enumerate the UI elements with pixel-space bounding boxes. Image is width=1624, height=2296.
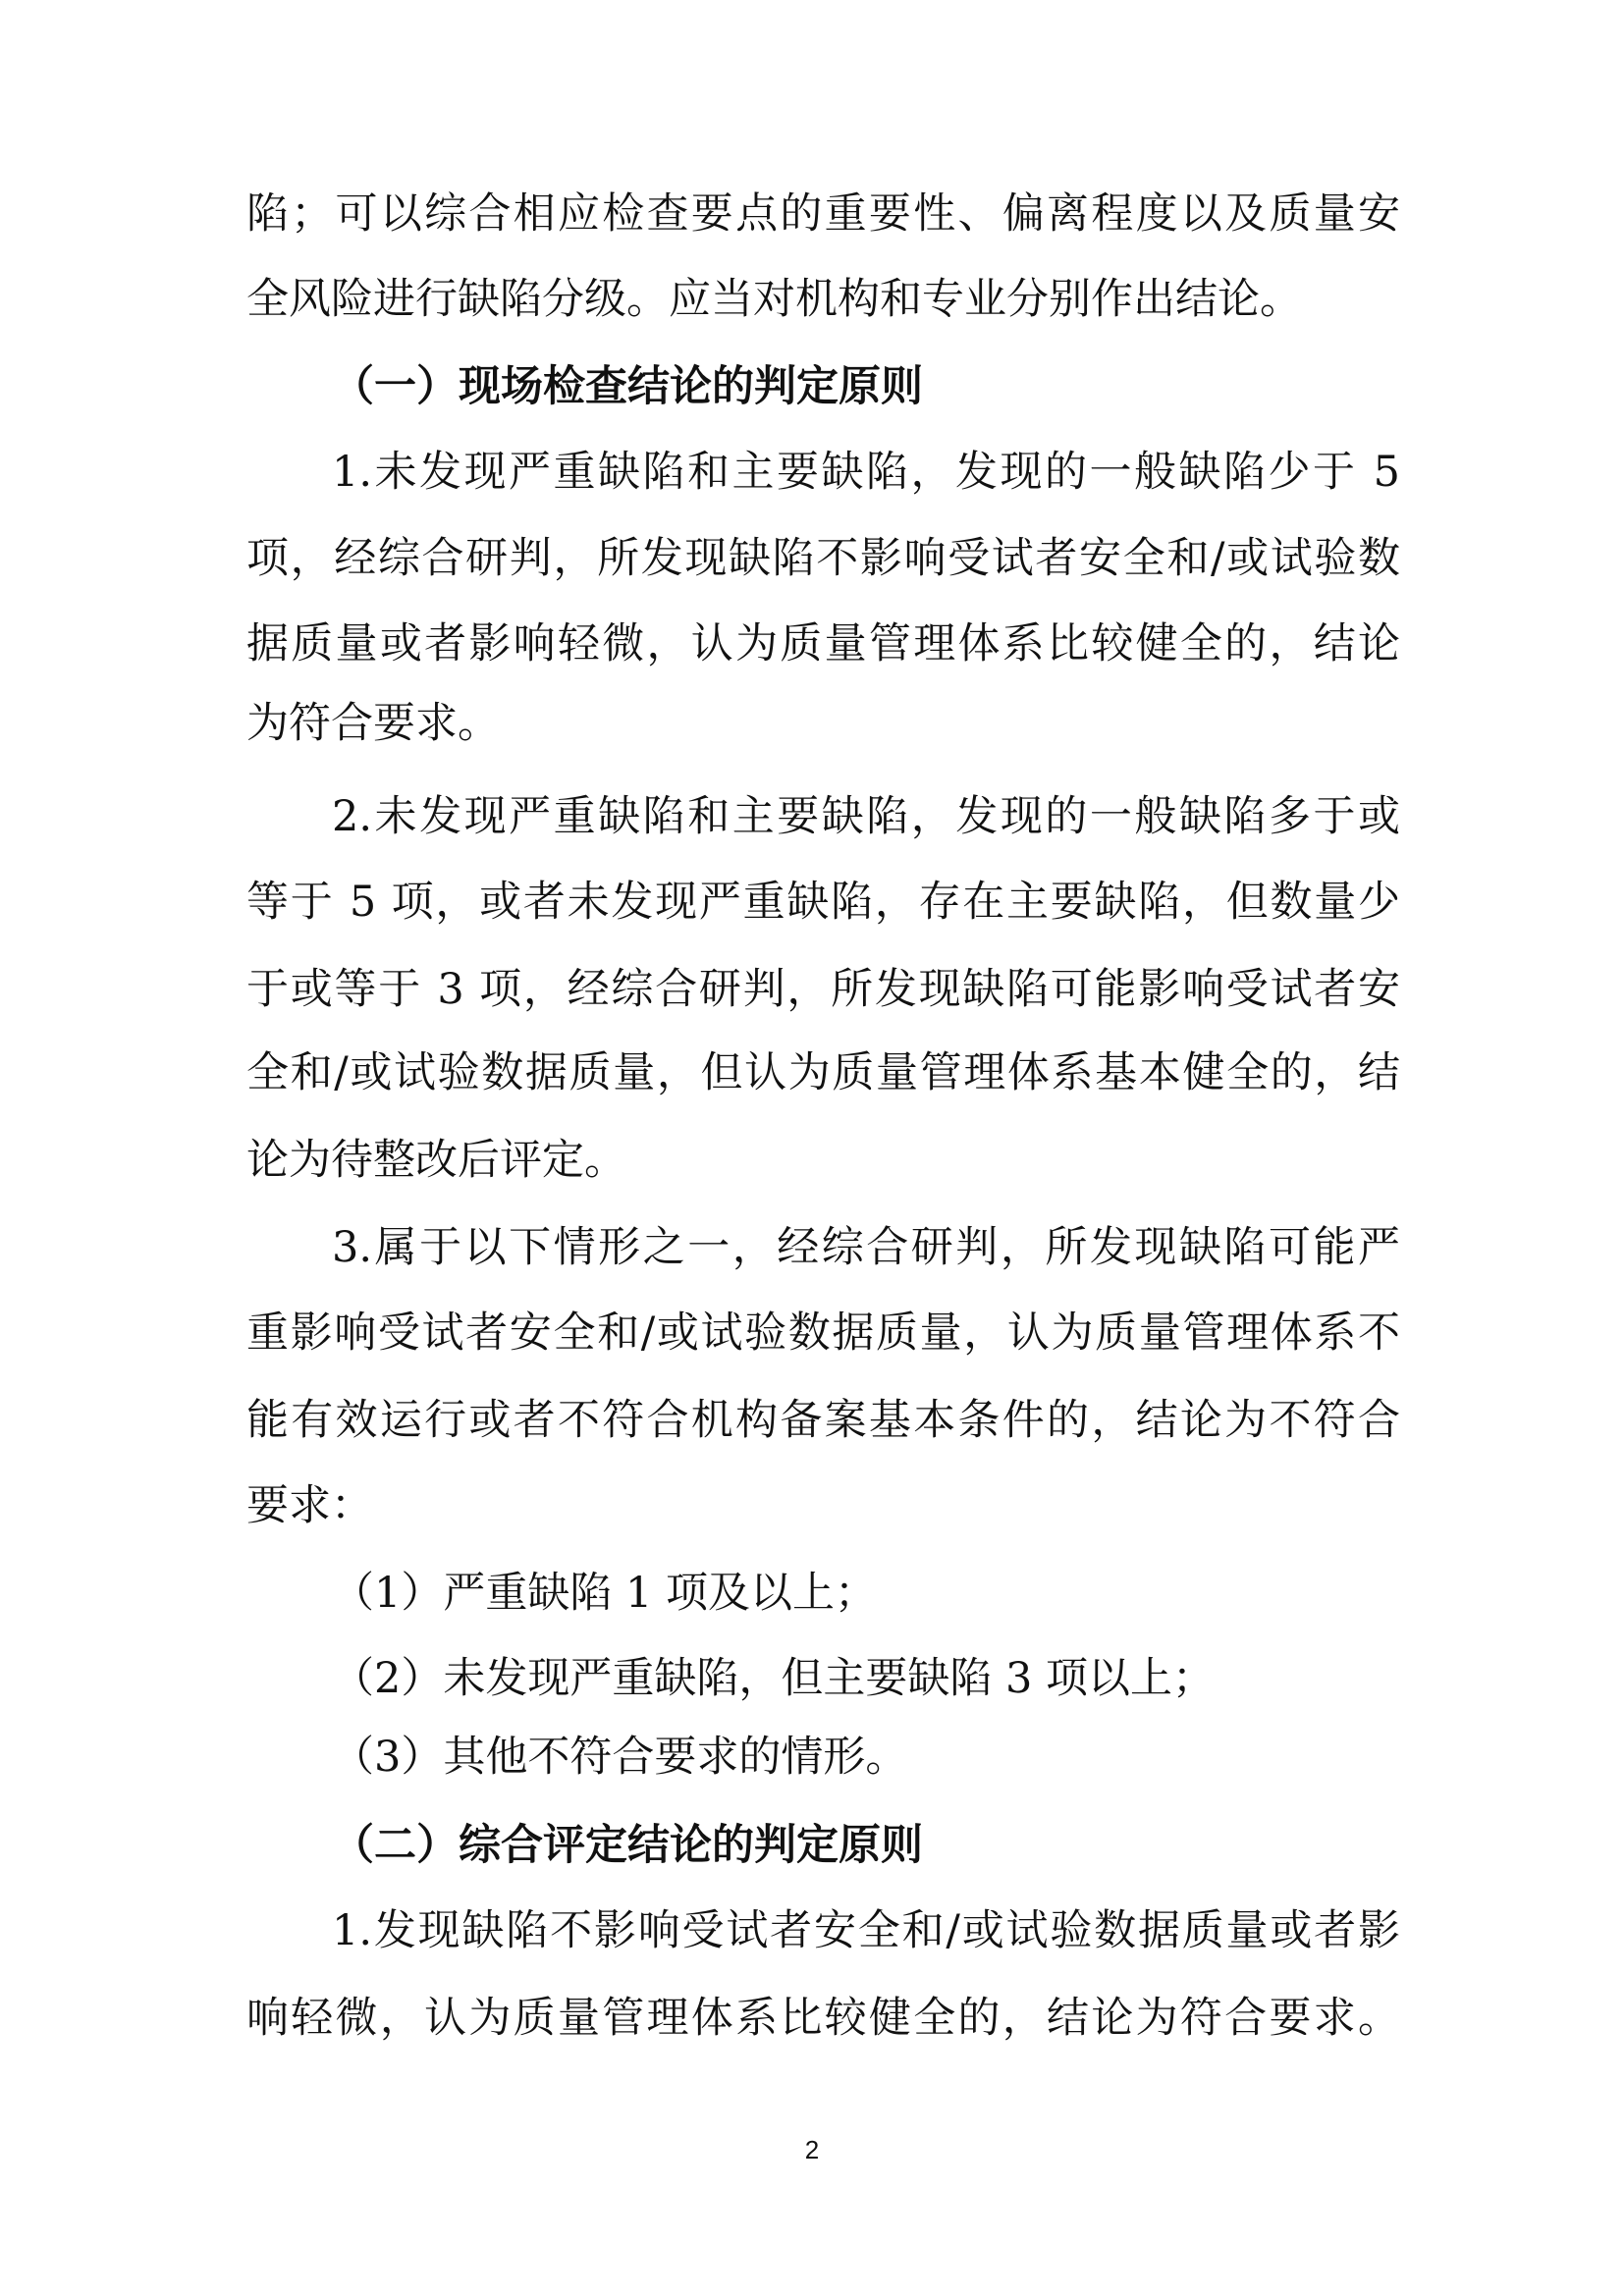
list-item: （2）未发现严重缺陷，但主要缺陷 3 项以上；	[332, 1649, 1486, 1708]
body-line: 要求：	[246, 1476, 1400, 1535]
body-line: 全风险进行缺陷分级。应当对机构和专业分别作出结论。	[246, 270, 1400, 329]
body-line: 能有效运行或者不符合机构备案基本条件的，结论为不符合	[246, 1391, 1400, 1450]
section-heading-2: （二）综合评定结论的判定原则	[332, 1816, 1486, 1875]
body-line: 项，经综合研判，所发现缺陷不影响受试者安全和/或试验数	[246, 529, 1400, 588]
paragraph-start: 3.属于以下情形之一，经综合研判，所发现缺陷可能严	[332, 1218, 1400, 1277]
list-item: （3）其他不符合要求的情形。	[332, 1728, 1486, 1787]
body-line: 重影响受试者安全和/或试验数据质量，认为质量管理体系不	[246, 1304, 1400, 1362]
document-page: 陷；可以综合相应检查要点的重要性、偏离程度以及质量安 全风险进行缺陷分级。应当对…	[0, 0, 1624, 2296]
paragraph-start: 1.发现缺陷不影响受试者安全和/或试验数据质量或者影	[332, 1901, 1400, 1960]
section-heading-1: （一）现场检查结论的判定原则	[332, 357, 1486, 416]
paragraph-start: 1.未发现严重缺陷和主要缺陷，发现的一般缺陷少于 5	[332, 443, 1400, 502]
body-line: 论为待整改后评定。	[246, 1131, 1400, 1190]
body-line: 为符合要求。	[246, 694, 1400, 753]
body-line: 于或等于 3 项，经综合研判，所发现缺陷可能影响受试者安	[246, 960, 1400, 1019]
body-line: 陷；可以综合相应检查要点的重要性、偏离程度以及质量安	[246, 185, 1400, 243]
body-line: 据质量或者影响轻微，认为质量管理体系比较健全的，结论	[246, 614, 1400, 673]
body-line: 全和/或试验数据质量，但认为质量管理体系基本健全的，结	[246, 1043, 1400, 1102]
body-line: 响轻微，认为质量管理体系比较健全的，结论为符合要求。	[246, 1989, 1400, 2048]
body-line: 等于 5 项，或者未发现严重缺陷，存在主要缺陷，但数量少	[246, 873, 1400, 932]
page-number: 2	[0, 2132, 1624, 2167]
list-item: （1）严重缺陷 1 项及以上；	[332, 1564, 1486, 1623]
paragraph-start: 2.未发现严重缺陷和主要缺陷，发现的一般缺陷多于或	[332, 787, 1400, 846]
